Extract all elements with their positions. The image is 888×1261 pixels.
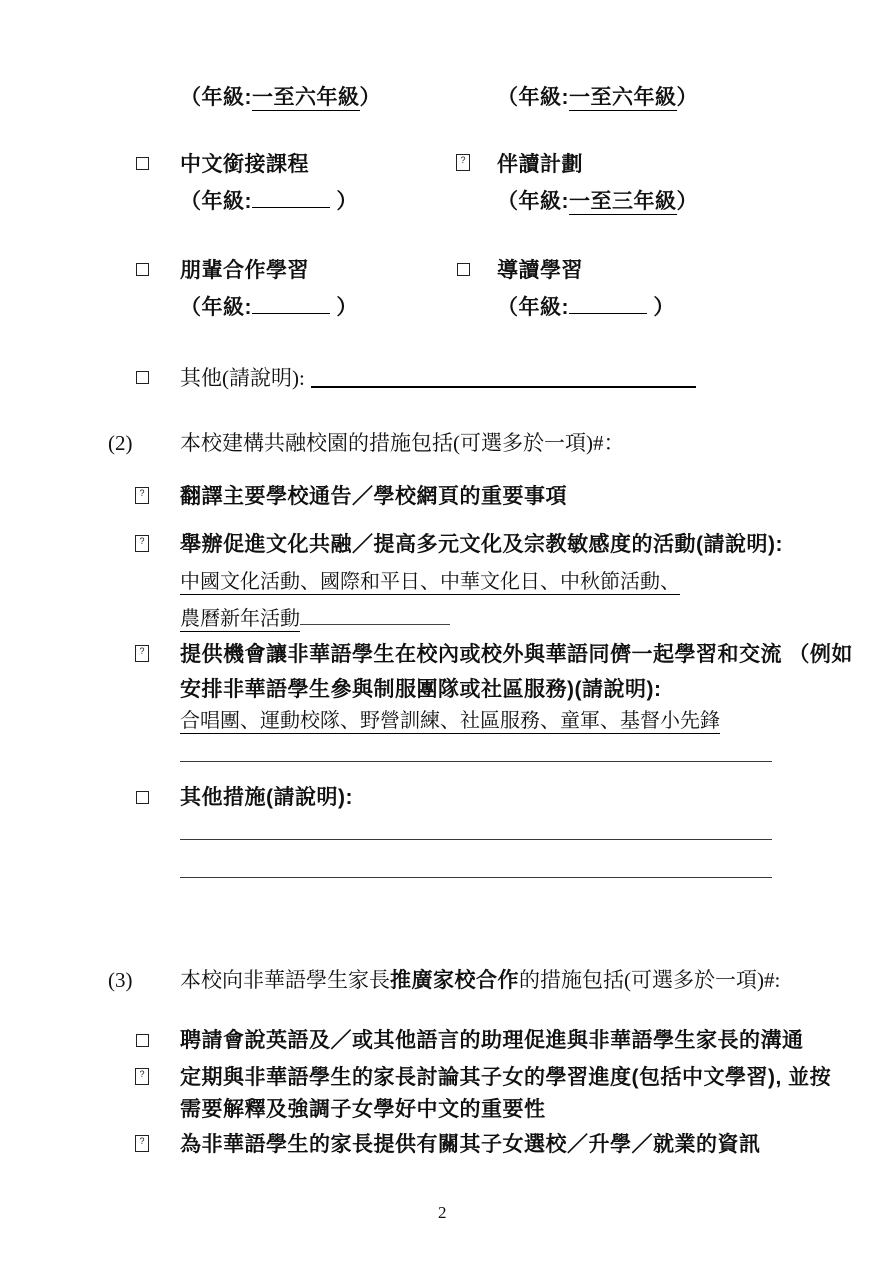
grade-blank-field[interactable] <box>569 297 647 314</box>
checkbox-checked-missing-glyph-reading-buddy[interactable]: ? <box>456 154 470 171</box>
checkbox-checked-missing-glyph-parent-meetings[interactable]: ? <box>135 1068 149 1085</box>
section2-item4-text: 其他措施(請說明): <box>180 785 353 811</box>
other-program-blank-field[interactable] <box>311 368 696 388</box>
grade-prefix: （年級: <box>497 296 569 319</box>
grade-prefix: （年級: <box>497 190 569 213</box>
grade-prefix: （年級: <box>180 296 252 319</box>
page-number: 2 <box>438 1203 447 1223</box>
grade-blank-field[interactable] <box>252 191 330 208</box>
section3-number: (3) <box>108 967 133 993</box>
section2-item3-line1: 提供機會讓非華語學生在校內或校外與華語同儕一起學習和交流 （例如 <box>180 642 853 668</box>
section2-title: 本校建構共融校園的措施包括(可選多於一項)#： <box>180 430 625 456</box>
other-program-label: 其他(請說明): <box>180 365 305 391</box>
program-label-reading-buddy: 伴讀計劃 <box>497 152 583 178</box>
grade-prefix: （年級: <box>180 86 252 109</box>
section2-number: (2) <box>108 430 133 456</box>
grade-suffix: ） <box>677 190 699 213</box>
missing-glyph-question-mark: ? <box>460 155 465 165</box>
grade-value: 一至六年級 <box>569 86 677 111</box>
checkbox-chinese-bridging[interactable] <box>136 157 149 170</box>
grade-suffix: ） <box>330 296 358 319</box>
checkbox-checked-missing-glyph-translate-notices[interactable]: ? <box>135 487 149 504</box>
write-in-line[interactable] <box>180 761 772 762</box>
checkbox-other-measures[interactable] <box>136 791 149 804</box>
program-label-guided-reading: 導讀學習 <box>497 258 583 284</box>
section3-title-pre: 本校向非華語學生家長 <box>180 968 390 992</box>
section3-title: 本校向非華語學生家長推廣家校合作的措施包括(可選多於一項)#: <box>180 967 780 994</box>
checkbox-other-program[interactable] <box>136 371 149 384</box>
section2-item2-answer-line1: 中國文化活動、國際和平日、中華文化日、中秋節活動、 <box>180 570 680 595</box>
section3-item3-text: 為非華語學生的家長提供有關其子女選校／升學／就業的資訊 <box>180 1132 761 1158</box>
write-in-line[interactable] <box>180 877 772 878</box>
form-page-2: （年級:一至六年級） （年級:一至六年級） 中文銜接課程 ? 伴讀計劃 （年級:… <box>0 0 888 1261</box>
grade-blank-field[interactable] <box>252 297 330 314</box>
missing-glyph-question-mark: ? <box>139 1069 144 1079</box>
checkbox-checked-missing-glyph-peer-exchange[interactable]: ? <box>135 645 149 662</box>
grade-prefix: （年級: <box>180 190 252 213</box>
program-label-peer-learning: 朋輩合作學習 <box>180 258 309 284</box>
grade-field-left-3: （年級: ） <box>180 295 358 321</box>
grade-suffix: ） <box>360 86 382 109</box>
checkbox-hire-assistants[interactable] <box>136 1034 149 1047</box>
grade-value: 一至六年級 <box>252 86 360 111</box>
section3-title-bold: 推廣家校合作 <box>390 969 519 992</box>
grade-field-right-3: （年級: ） <box>497 295 675 321</box>
section2-item2-text: 舉辦促進文化共融／提高多元文化及宗教敏感度的活動(請說明): <box>180 532 783 558</box>
grade-suffix: ） <box>647 296 675 319</box>
checkbox-checked-missing-glyph-cultural-activities[interactable]: ? <box>135 535 149 552</box>
section3-title-post: 的措施包括(可選多於一項)#: <box>519 968 780 992</box>
missing-glyph-question-mark: ? <box>139 536 144 546</box>
answer-blank-tail[interactable] <box>300 608 450 625</box>
section2-item3-answer: 合唱團、運動校隊、野營訓練、社區服務、童軍、基督小先鋒 <box>180 709 720 734</box>
section3-item2-line2: 需要解釋及強調子女學好中文的重要性 <box>180 1097 546 1123</box>
section2-item1-text: 翻譯主要學校通告／學校網頁的重要事項 <box>180 484 567 510</box>
grade-field-left-2: （年級: ） <box>180 189 358 215</box>
program-label-chinese-bridging: 中文銜接課程 <box>180 152 309 178</box>
write-in-line[interactable] <box>180 839 772 840</box>
grade-suffix: ） <box>677 86 699 109</box>
grade-prefix: （年級: <box>497 86 569 109</box>
grade-value: 一至三年級 <box>569 190 677 215</box>
grade-suffix: ） <box>330 190 358 213</box>
grade-field-right-1: （年級:一至六年級） <box>497 85 698 111</box>
missing-glyph-question-mark: ? <box>139 488 144 498</box>
section3-item2-line1: 定期與非華語學生的家長討論其子女的學習進度(包括中文學習), 並按 <box>180 1065 831 1091</box>
checkbox-guided-reading[interactable] <box>457 263 470 276</box>
grade-field-right-2: （年級:一至三年級） <box>497 189 698 215</box>
section2-item3-line2: 安排非華語學生參與制服團隊或社區服務)(請說明): <box>180 677 661 703</box>
grade-field-left-1: （年級:一至六年級） <box>180 85 381 111</box>
section2-item2-answer-line2: 農曆新年活動 <box>180 607 450 632</box>
checkbox-checked-missing-glyph-school-info[interactable]: ? <box>135 1135 149 1152</box>
section3-item1-text: 聘請會說英語及／或其他語言的助理促進與非華語學生家長的溝通 <box>180 1028 804 1054</box>
missing-glyph-question-mark: ? <box>139 1136 144 1146</box>
missing-glyph-question-mark: ? <box>139 646 144 656</box>
checkbox-peer-learning[interactable] <box>136 263 149 276</box>
